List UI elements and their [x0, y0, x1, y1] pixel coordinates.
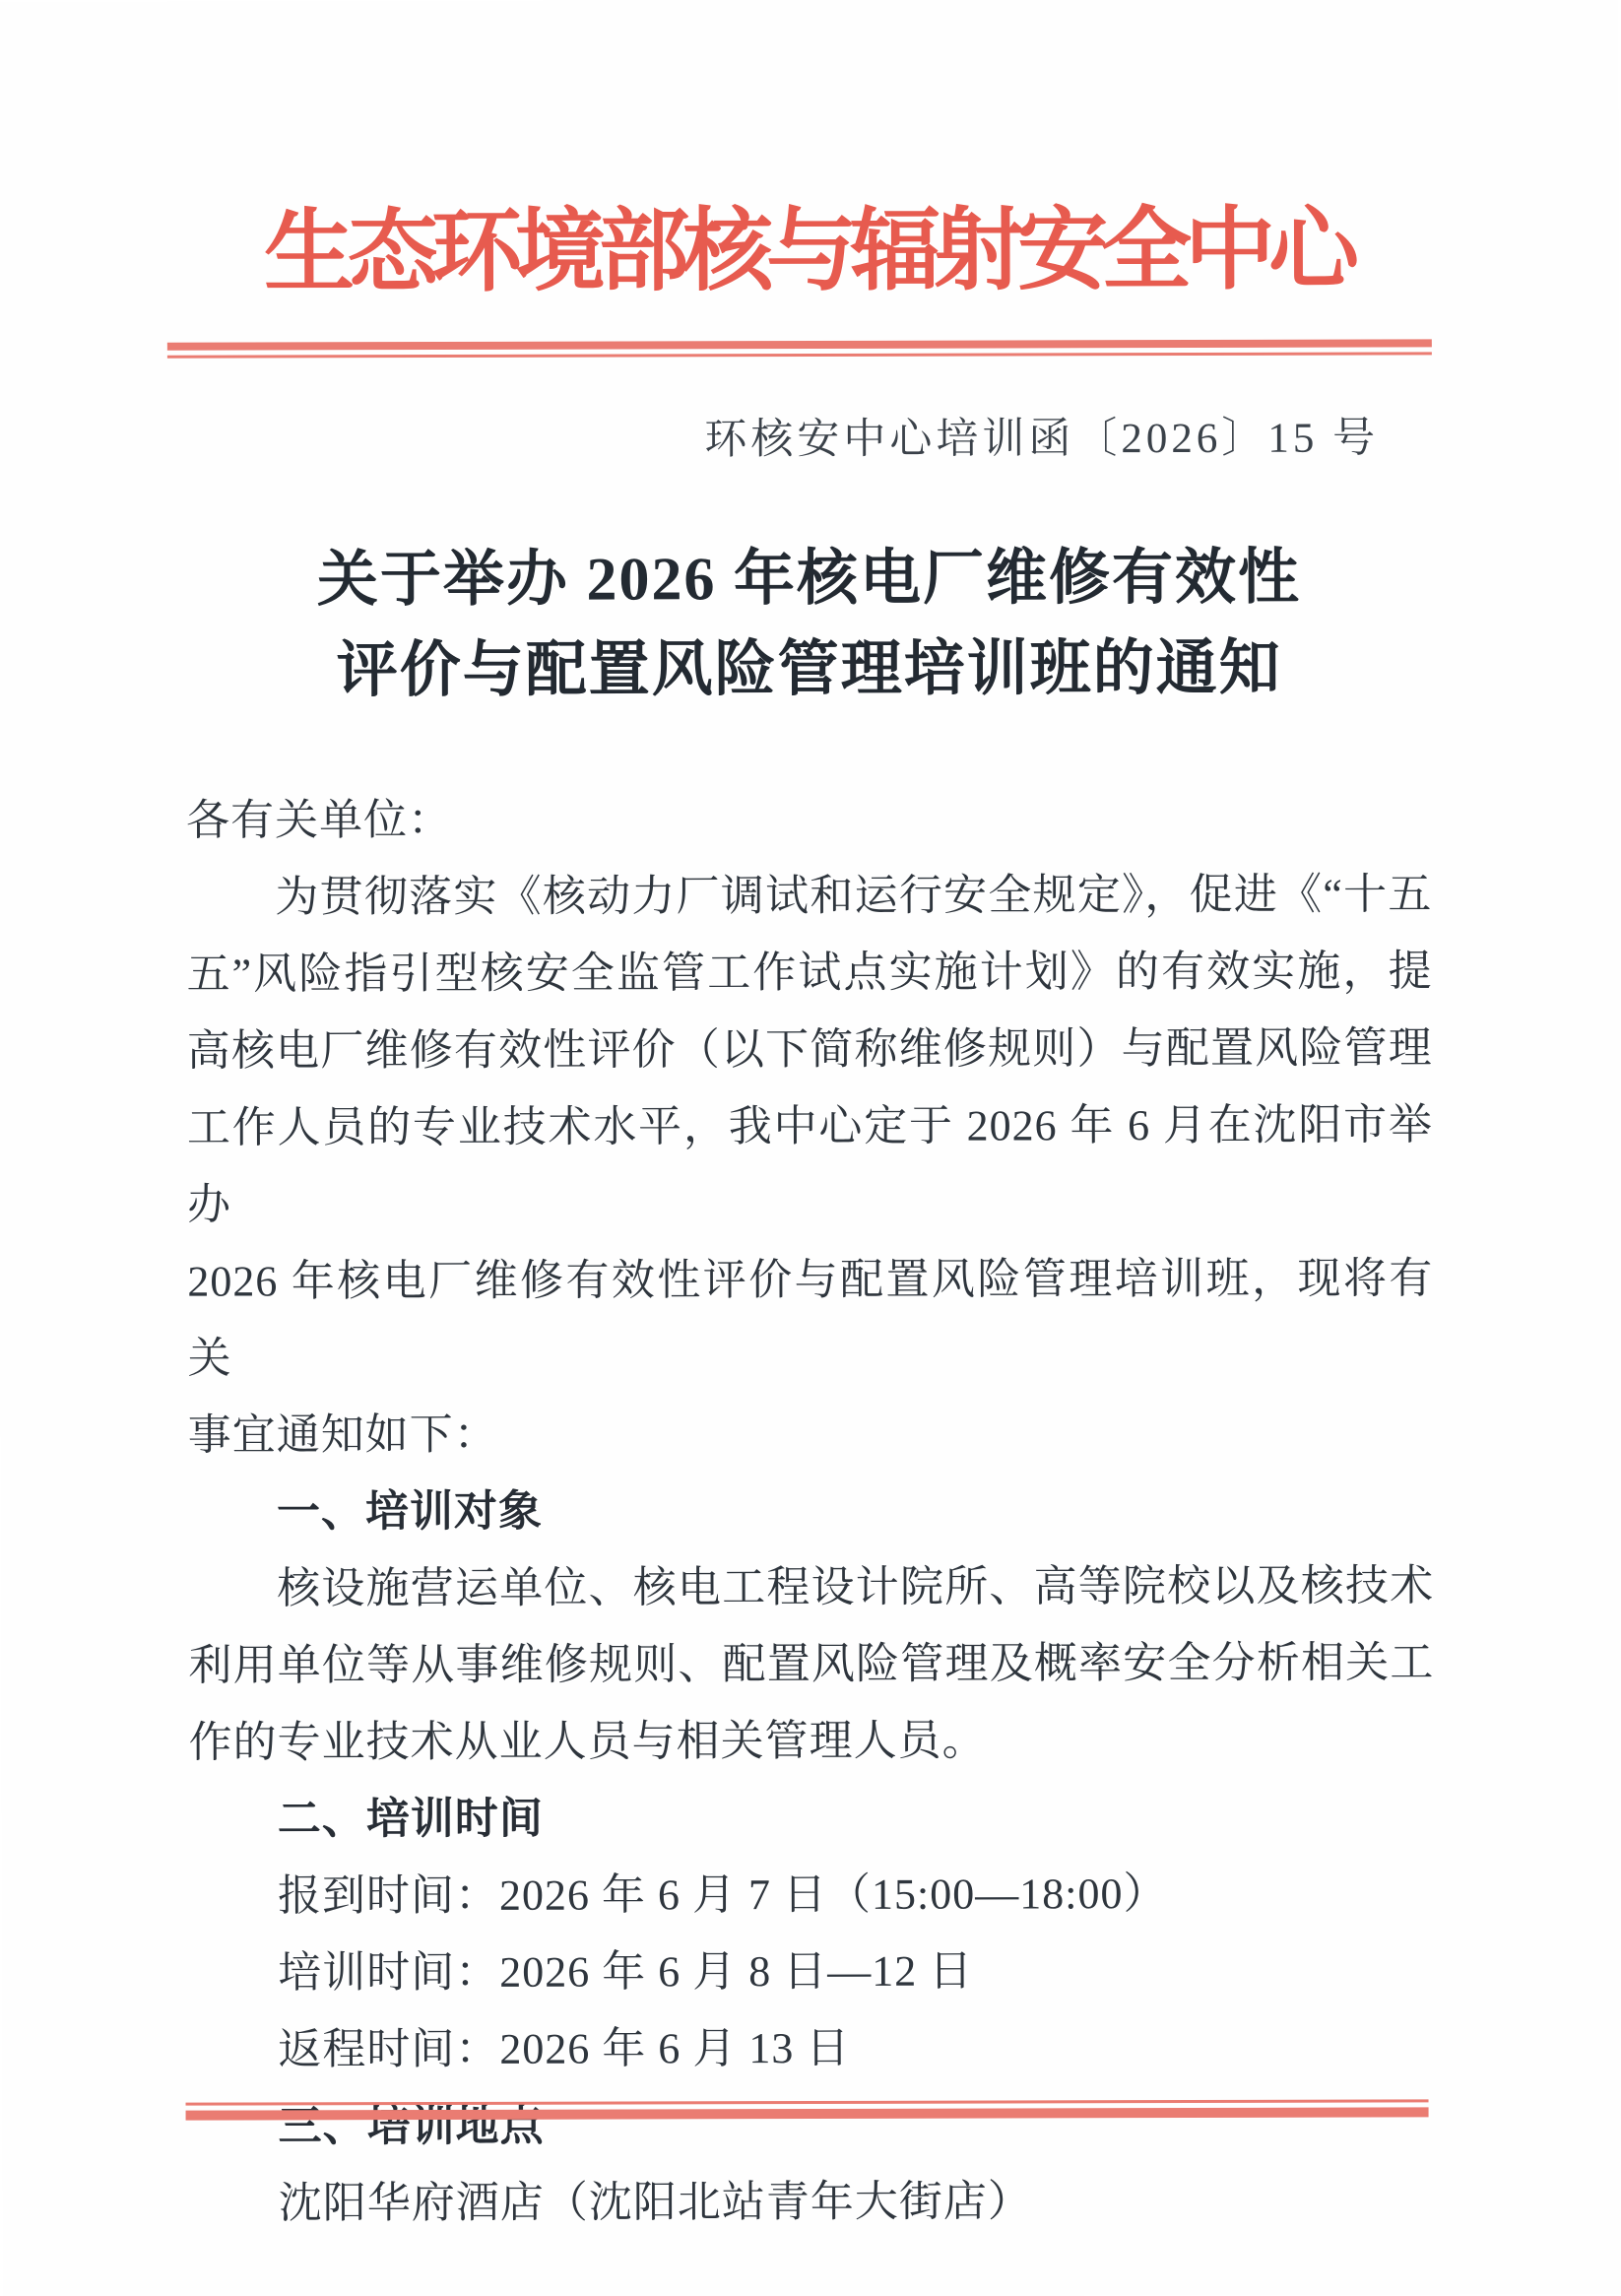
notice-title-line1: 关于举办 2026 年核电厂维修有效性: [0, 532, 1620, 626]
document-body: 各有关单位：为贯彻落实《核动力厂调试和运行安全规定》，促进《“十五五”风险指引型…: [186, 779, 1436, 2242]
notice-title: 关于举办 2026 年核电厂维修有效性 评价与配置风险管理培训班的通知: [0, 532, 1620, 717]
body-line: 报到时间：2026 年 6 月 7 日（15:00—18:00）: [189, 1855, 1435, 1935]
header-rule-thin: [167, 352, 1432, 358]
body-line: 返程时间：2026 年 6 月 13 日: [189, 2008, 1435, 2088]
document-page: 生态环境部核与辐射安全中心 环核安中心培训函〔2026〕15 号 关于举办 20…: [0, 0, 1621, 2296]
body-line: 培训时间：2026 年 6 月 8 日—12 日: [189, 1932, 1435, 2011]
header-rule-thick: [167, 339, 1432, 350]
body-line: 事宜通知如下：: [188, 1394, 1434, 1474]
section-heading: 一、培训对象: [188, 1471, 1434, 1550]
body-line: 高核电厂维修有效性评价（以下简称维修规则）与配置风险管理: [187, 1010, 1433, 1089]
body-line: 沈阳华府酒店（沈阳北站青年大街店）: [190, 2162, 1436, 2242]
body-line: 五”风险指引型核安全监管工作试点实施计划》的有效实施，提: [186, 933, 1432, 1013]
body-line: 核设施营运单位、核电工程设计院所、高等院校以及核技术: [188, 1547, 1434, 1627]
org-title: 生态环境部核与辐射安全中心: [0, 195, 1619, 307]
body-line: 利用单位等从事维修规则、配置风险管理及概率安全分析相关工: [188, 1624, 1434, 1704]
body-line: 2026 年核电厂维修有效性评价与配置风险管理培训班，现将有关: [187, 1240, 1433, 1397]
body-line: 为贯彻落实《核动力厂调试和运行安全规定》，促进《“十五: [186, 856, 1432, 936]
body-line: 各有关单位：: [186, 779, 1432, 859]
body-line: 作的专业技术从业人员与相关管理人员。: [188, 1701, 1434, 1781]
body-line: 工作人员的专业技术水平，我中心定于 2026 年 6 月在沈阳市举办: [187, 1086, 1433, 1243]
section-heading: 三、培训地点: [189, 2085, 1435, 2165]
section-heading: 二、培训时间: [189, 1778, 1435, 1858]
notice-title-line2: 评价与配置风险管理培训班的通知: [0, 623, 1620, 717]
doc-number: 环核安中心培训函〔2026〕15 号: [704, 404, 1379, 466]
